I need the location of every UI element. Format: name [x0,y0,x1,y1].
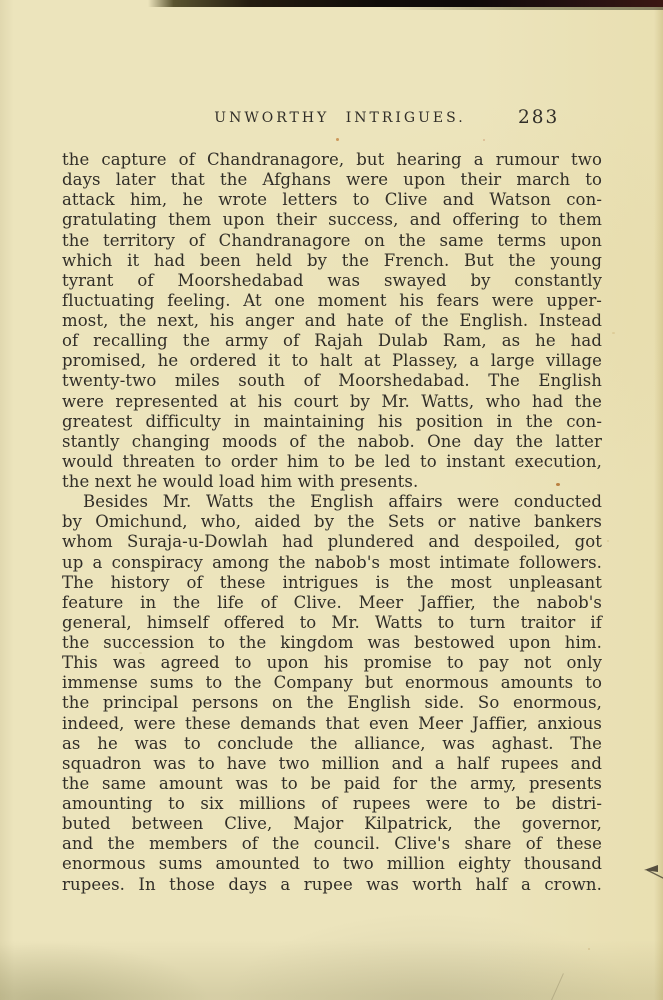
ink-speck [607,540,609,542]
text-line: would threaten to order him to be led to… [62,452,602,472]
ink-speck [612,332,615,334]
text-line: general, himself offered to Mr. Watts to… [62,613,602,633]
ink-speck [336,138,339,141]
text-line: most, the next, his anger and hate of th… [62,311,602,331]
text-line: were represented at his court by Mr. Wat… [62,392,602,412]
text-line: the succession to the kingdom was bestow… [62,633,602,653]
text-line: days later that the Afghans were upon th… [62,170,602,190]
text-line: feature in the life of Clive. Meer Jaffi… [62,593,602,613]
text-line: up a conspiracy among the nabob's most i… [62,553,602,573]
text-line: attack him, he wrote letters to Clive an… [62,190,602,210]
paragraph: Besides Mr. Watts the English affairs we… [62,492,602,895]
text-line: tyrant of Moorshedabad was swayed by con… [62,271,602,291]
text-line: the next he would load him with presents… [62,472,602,492]
text-line: the same amount was to be paid for the a… [62,774,602,794]
text-line: greatest difficulty in maintaining his p… [62,412,602,432]
text-line: immense sums to the Company but enormous… [62,673,602,693]
ink-speck [556,483,560,486]
ink-speck [139,652,142,654]
text-line: whom Suraja-u-Dowlah had plundered and d… [62,532,602,552]
text-line: Besides Mr. Watts the English affairs we… [62,492,602,512]
text-line: of recalling the army of Rajah Dulab Ram… [62,331,602,351]
paragraph: the capture of Chandranagore, but hearin… [62,150,602,492]
scan-top-edge-shadow [148,0,663,7]
page-number: 283 [518,107,559,128]
text-line: and the members of the council. Clive's … [62,834,602,854]
ink-speck [588,948,590,950]
text-line: by Omichund, who, aided by the Sets or n… [62,512,602,532]
ink-speck [483,139,485,141]
scanned-page: UNWORTHY INTRIGUES. 283 the capture of C… [0,0,663,1000]
text-line: enormous sums amounted to two million ei… [62,854,602,874]
paper-crease [549,973,564,1000]
text-line: the principal persons on the English sid… [62,693,602,713]
text-line: twenty-two miles south of Moorshedabad. … [62,371,602,391]
text-line: This was agreed to upon his promise to p… [62,653,602,673]
text-line: The history of these intrigues is the mo… [62,573,602,593]
text-line: rupees. In those days a rupee was worth … [62,875,602,895]
text-line: buted between Clive, Major Kilpatrick, t… [62,814,602,834]
text-line: indeed, were these demands that even Mee… [62,714,602,734]
text-line: the territory of Chandranagore on the sa… [62,231,602,251]
text-line: which it had been held by the French. Bu… [62,251,602,271]
text-line: stantly changing moods of the nabob. One… [62,432,602,452]
text-line: the capture of Chandranagore, but hearin… [62,150,602,170]
text-line: squadron was to have two million and a h… [62,754,602,774]
text-line: fluctuating feeling. At one moment his f… [62,291,602,311]
text-line: as he was to conclude the alliance, was … [62,734,602,754]
text-line: gratulating them upon their success, and… [62,210,602,230]
body-text: the capture of Chandranagore, but hearin… [62,150,602,895]
margin-pen-mark [639,862,663,882]
text-line: amounting to six millions of rupees were… [62,794,602,814]
text-line: promised, he ordered it to halt at Plass… [62,351,602,371]
